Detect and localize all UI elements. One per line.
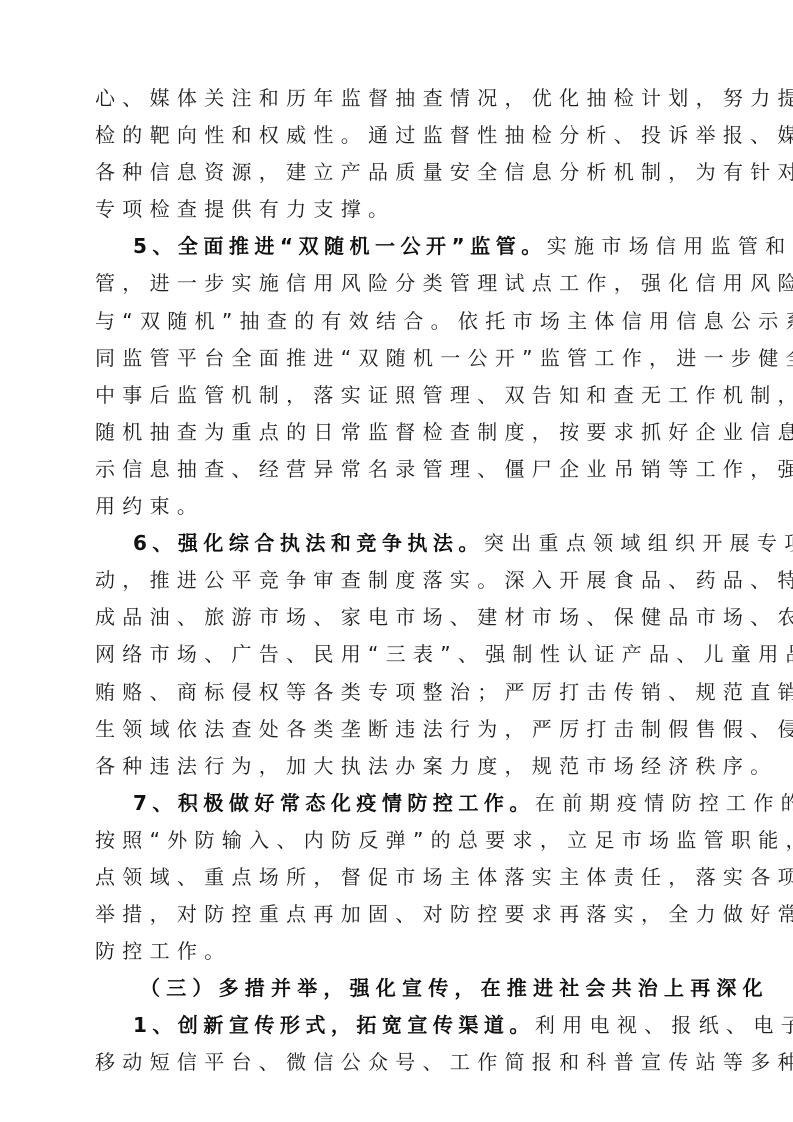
text-line: 5、全面推进“双随机一公开”监管。实施市场信用监管和智慧监 — [95, 228, 705, 265]
text-line: 生领域依法查处各类垄断违法行为，严厉打击制假售假、侵权假冒等 — [95, 711, 705, 748]
text-line: 6、强化综合执法和竞争执法。突出重点领域组织开展专项执法行 — [95, 525, 705, 562]
line-text: 各种信息资源，建立产品质量安全信息分析机制，为有针对性地开展 — [95, 160, 793, 184]
line-text: 生领域依法查处各类垄断违法行为，严厉打击制假售假、侵权假冒等 — [95, 717, 793, 741]
paragraph-item-6: 6、强化综合执法和竞争执法。突出重点领域组织开展专项执法行 动，推进公平竞争审查… — [95, 525, 705, 785]
line-text: 利用电视、报纸、电子显示屏、 — [535, 1013, 793, 1037]
text-line: 同监管平台全面推进“双随机一公开”监管工作，进一步健全完善事 — [95, 340, 705, 377]
item-title: 7、积极做好常态化疫情防控工作。 — [133, 791, 535, 815]
item-title: 5、全面推进“双随机一公开”监管。 — [133, 234, 547, 258]
document-body: 心、媒体关注和历年监督抽查情况，优化抽检计划，努力提高监督抽 检的靶向性和权威性… — [95, 80, 705, 1082]
text-line: 移动短信平台、微信公众号、工作简报和科普宣传站等多种媒介广泛 — [95, 1044, 705, 1081]
item-title: 6、强化综合执法和竞争执法。 — [133, 531, 484, 555]
text-line: 中事后监管机制，落实证照管理、双告知和查无工作机制，实行以双 — [95, 377, 705, 414]
text-line: 举措，对防控重点再加固、对防控要求再落实，全力做好常态化疫情 — [95, 896, 705, 933]
line-text: 移动短信平台、微信公众号、工作简报和科普宣传站等多种媒介广泛 — [95, 1050, 793, 1074]
line-text: 举措，对防控重点再加固、对防控要求再落实，全力做好常态化疫情 — [95, 902, 793, 926]
line-text: 实施市场信用监管和智慧监 — [547, 234, 793, 258]
line-text: 防控工作。 — [95, 939, 232, 963]
line-text: 示信息抽查、经营异常名录管理、僵尸企业吊销等工作，强化企业信 — [95, 457, 793, 481]
text-line: 各种信息资源，建立产品质量安全信息分析机制，为有针对性地开展 — [95, 154, 705, 191]
text-line: 动，推进公平竞争审查制度落实。深入开展食品、药品、特种设备、 — [95, 562, 705, 599]
line-text: 中事后监管机制，落实证照管理、双告知和查无工作机制，实行以双 — [95, 383, 793, 407]
text-line: 专项检查提供有力支撑。 — [95, 191, 705, 228]
line-text: 随机抽查为重点的日常监督检查制度，按要求抓好企业信息公示、公 — [95, 420, 793, 444]
text-line: 贿赂、商标侵权等各类专项整治；严厉打击传销、规范直销；聚焦民 — [95, 674, 705, 711]
line-text: 在前期疫情防控工作的基础上， — [535, 791, 793, 815]
text-line: 7、积极做好常态化疫情防控工作。在前期疫情防控工作的基础上， — [95, 785, 705, 822]
text-line: 心、媒体关注和历年监督抽查情况，优化抽检计划，努力提高监督抽 — [95, 80, 705, 117]
paragraph-item-5: 5、全面推进“双随机一公开”监管。实施市场信用监管和智慧监 管，进一步实施信用风… — [95, 228, 705, 525]
text-line: 管，进一步实施信用风险分类管理试点工作，强化信用风险分类管理 — [95, 265, 705, 302]
line-text: 动，推进公平竞争审查制度落实。深入开展食品、药品、特种设备、 — [95, 568, 793, 592]
paragraph-intro-continuation: 心、媒体关注和历年监督抽查情况，优化抽检计划，努力提高监督抽 检的靶向性和权威性… — [95, 80, 705, 228]
line-text: 贿赂、商标侵权等各类专项整治；严厉打击传销、规范直销；聚焦民 — [95, 680, 793, 704]
text-line: 成品油、旅游市场、家电市场、建材市场、保健品市场、农资市场、 — [95, 599, 705, 636]
text-line: 网络市场、广告、民用“三表”、强制性认证产品、儿童用品、商业 — [95, 636, 705, 673]
line-text: 专项检查提供有力支撑。 — [95, 197, 395, 221]
line-text: 点领域、重点场所，督促市场主体落实主体责任，落实各项疫情防控 — [95, 865, 793, 889]
text-line: 按照“外防输入、内防反弹”的总要求，立足市场监管职能，聚焦重 — [95, 822, 705, 859]
section-heading: （三）多措并举，强化宣传，在推进社会共治上再深化 — [95, 970, 705, 1007]
line-text: 突出重点领域组织开展专项执法行 — [484, 531, 793, 555]
line-text: 管，进一步实施信用风险分类管理试点工作，强化信用风险分类管理 — [95, 271, 793, 295]
paragraph-item-3-1: 1、创新宣传形式，拓宽宣传渠道。利用电视、报纸、电子显示屏、 移动短信平台、微信… — [95, 1007, 705, 1081]
heading-text: （三）多措并举，强化宣传，在推进社会共治上再深化 — [140, 976, 769, 1000]
paragraph-item-7: 7、积极做好常态化疫情防控工作。在前期疫情防控工作的基础上， 按照“外防输入、内… — [95, 785, 705, 970]
text-line: 各种违法行为，加大执法办案力度，规范市场经济秩序。 — [95, 748, 705, 785]
text-line: 与“双随机”抽查的有效结合。依托市场主体信用信息公示系统和协 — [95, 303, 705, 340]
line-text: 用约束。 — [95, 494, 204, 518]
text-line: 用约束。 — [95, 488, 705, 525]
line-text: 成品油、旅游市场、家电市场、建材市场、保健品市场、农资市场、 — [95, 605, 793, 629]
document-page: 心、媒体关注和历年监督抽查情况，优化抽检计划，努力提高监督抽 检的靶向性和权威性… — [0, 0, 793, 1122]
text-line: 防控工作。 — [95, 933, 705, 970]
line-text: 各种违法行为，加大执法办案力度，规范市场经济秩序。 — [95, 754, 778, 778]
text-line: 点领域、重点场所，督促市场主体落实主体责任，落实各项疫情防控 — [95, 859, 705, 896]
line-text: 与“双随机”抽查的有效结合。依托市场主体信用信息公示系统和协 — [95, 309, 793, 333]
text-line: 示信息抽查、经营异常名录管理、僵尸企业吊销等工作，强化企业信 — [95, 451, 705, 488]
line-text: 检的靶向性和权威性。通过监督性抽检分析、投诉举报、媒体曝光等 — [95, 123, 793, 147]
item-title: 1、创新宣传形式，拓宽宣传渠道。 — [133, 1013, 535, 1037]
section-heading-3: （三）多措并举，强化宣传，在推进社会共治上再深化 — [95, 970, 705, 1007]
line-text: 同监管平台全面推进“双随机一公开”监管工作，进一步健全完善事 — [95, 346, 793, 370]
text-line: 检的靶向性和权威性。通过监督性抽检分析、投诉举报、媒体曝光等 — [95, 117, 705, 154]
line-text: 按照“外防输入、内防反弹”的总要求，立足市场监管职能，聚焦重 — [95, 828, 793, 852]
line-text: 心、媒体关注和历年监督抽查情况，优化抽检计划，努力提高监督抽 — [95, 86, 793, 110]
text-line: 1、创新宣传形式，拓宽宣传渠道。利用电视、报纸、电子显示屏、 — [95, 1007, 705, 1044]
text-line: 随机抽查为重点的日常监督检查制度，按要求抓好企业信息公示、公 — [95, 414, 705, 451]
line-text: 网络市场、广告、民用“三表”、强制性认证产品、儿童用品、商业 — [95, 642, 793, 666]
